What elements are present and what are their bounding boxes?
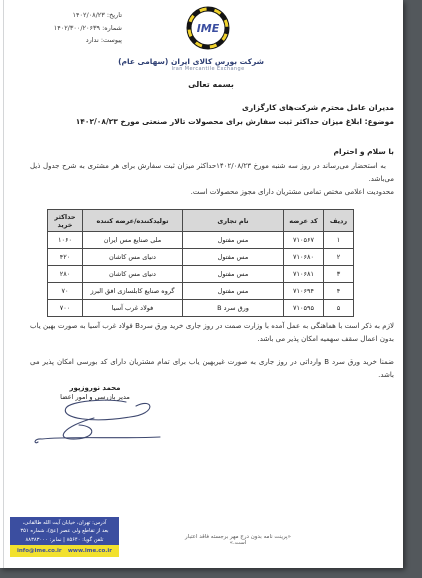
table-header-row: ردیفکد عرضهنام تجاریتولیدکننده/عرضه کنند… [48,210,354,232]
ime-logo-icon: IME [185,5,231,51]
address-box: آدرس: تهران، خیابان آیت الله طالقانی، بع… [10,517,119,545]
email-text: info@ime.co.ir [17,548,62,554]
meta-attachment: پیوست: ندارد [20,34,122,47]
table-cell: ۷۰۰ [48,300,83,317]
table-cell: ۳ [324,266,354,283]
attachment-value: ندارد [86,36,99,44]
number-label: شماره: [102,24,122,32]
besmeh-taali: بسمه تعالی [0,80,422,89]
table-row: ۵۷۱۰۵۹۵ورق سرد Bفولاد غرب آسیا۷۰۰ [48,300,354,317]
meta-date: تاریخ: ۱۴۰۲/۰۸/۲۳ [20,9,122,22]
phone-line: تلفن گویا: ۸۵۶۴۰ | نمابر: ۸۸۳۸۳۰۰۰ [10,536,119,544]
date-value: ۱۴۰۲/۰۸/۲۳ [72,11,104,19]
table-cell: ملی صنایع مس ایران [83,232,183,249]
table-cell: مس مفتول [183,283,284,300]
subject-line: موضوع: ابلاغ میزان حداکثر ثبت سفارش برای… [30,117,394,126]
table-cell: ۷۱۰۵۶۷ [284,232,324,249]
table-row: ۲۷۱۰۶۸۰مس مفتولدنیای مس کاشان۴۲۰ [48,249,354,266]
attachment-label: پیوست: [101,36,122,44]
table-cell: ۱۰۶۰ [48,232,83,249]
intro-line-2: محدودیت اعلامی مختص تمامی مشتریان دارای … [30,186,394,199]
table-header-cell: کد عرضه [284,210,324,232]
table-cell: ۲۸۰ [48,266,83,283]
table-header-cell: ردیف [324,210,354,232]
letter-page: تاریخ: ۱۴۰۲/۰۸/۲۳ شماره: ۱۴۰۲/۳۰۰/۲۰۶۳۹ … [0,0,403,568]
table-cell: ۵ [324,300,354,317]
intro-line-1: به استحضار می‌رساند در روز سه شنبه مورخ … [30,160,394,186]
intro-paragraph: به استحضار می‌رساند در روز سه شنبه مورخ … [30,160,394,199]
letterhead: IME شرکت بورس کالای ایران (سهامی عام) Ir… [152,5,264,72]
table-row: ۳۷۱۰۶۸۱مس مفتولدنیای مس کاشان۲۸۰ [48,266,354,283]
table-header-cell: حداکثر خرید [48,210,83,232]
logo-text: IME [197,22,220,35]
table-cell: دنیای مس کاشان [83,249,183,266]
table-cell: دنیای مس کاشان [83,266,183,283]
address-line-2: بعد از تقاطع ولی عصر (عج)، شماره ۳۵۱ [10,527,119,535]
note-paragraph-1: لازم به ذکر است با هماهنگی به عمل آمده ب… [30,320,394,346]
screenshot-stage: تاریخ: ۱۴۰۲/۰۸/۲۳ شماره: ۱۴۰۲/۳۰۰/۲۰۶۳۹ … [0,0,422,578]
signer-name: محمد نوروزپور [30,384,160,392]
table-cell: فولاد غرب آسیا [83,300,183,317]
table-cell: ۴ [324,283,354,300]
address-line-1: آدرس: تهران، خیابان آیت الله طالقانی، [10,519,119,527]
table-header-row: ردیفکد عرضهنام تجاریتولیدکننده/عرضه کنند… [48,210,354,232]
company-name-fa: شرکت بورس کالای ایران (سهامی عام) [152,57,264,66]
table-cell: ۱ [324,232,354,249]
print-disclaimer: «پرینت نامه بدون درج مهر برجسته فاقد اعت… [178,534,298,546]
table-cell: مس مفتول [183,266,284,283]
table-cell: ۷۱۰۶۹۴ [284,283,324,300]
salutation-line: با سلام و احترام [30,147,394,156]
table-row: ۱۷۱۰۵۶۷مس مفتولملی صنایع مس ایران۱۰۶۰ [48,232,354,249]
note-paragraph-2: ضمنا خرید ورق سرد B وارداتی در روز جاری … [30,356,394,382]
table-cell: مس مفتول [183,232,284,249]
table-cell: ۲ [324,249,354,266]
meta-number: شماره: ۱۴۰۲/۳۰۰/۲۰۶۳۹ [20,22,122,35]
handwritten-signature-icon [24,392,169,448]
table-cell: مس مفتول [183,249,284,266]
table-cell: ۴۲۰ [48,249,83,266]
table-cell: ۷۰ [48,283,83,300]
website-text: www.ime.co.ir [68,548,112,554]
table-cell: گروه صنایع کابلسازی افق البرز [83,283,183,300]
table-cell: ۷۱۰۶۸۱ [284,266,324,283]
contact-links-bar: info@ime.co.ir www.ime.co.ir [10,545,119,557]
order-limits-table: ردیفکد عرضهنام تجاریتولیدکننده/عرضه کنند… [47,209,354,317]
table-cell: ورق سرد B [183,300,284,317]
recipient-line: مدیران عامل محترم شرکت‌های کارگزاری [30,103,394,112]
table-cell: ۷۱۰۵۹۵ [284,300,324,317]
order-table-body: ۱۷۱۰۵۶۷مس مفتولملی صنایع مس ایران۱۰۶۰۲۷۱… [48,232,354,317]
table-header-cell: تولیدکننده/عرضه کننده [83,210,183,232]
company-name-en: Iran Mercantile Exchange [152,66,264,72]
date-label: تاریخ: [107,11,122,19]
letter-meta: تاریخ: ۱۴۰۲/۰۸/۲۳ شماره: ۱۴۰۲/۳۰۰/۲۰۶۳۹ … [20,9,122,47]
number-value: ۱۴۰۲/۳۰۰/۲۰۶۳۹ [54,24,100,32]
table-row: ۴۷۱۰۶۹۴مس مفتولگروه صنایع کابلسازی افق ا… [48,283,354,300]
table-header-cell: نام تجاری [183,210,284,232]
table-cell: ۷۱۰۶۸۰ [284,249,324,266]
